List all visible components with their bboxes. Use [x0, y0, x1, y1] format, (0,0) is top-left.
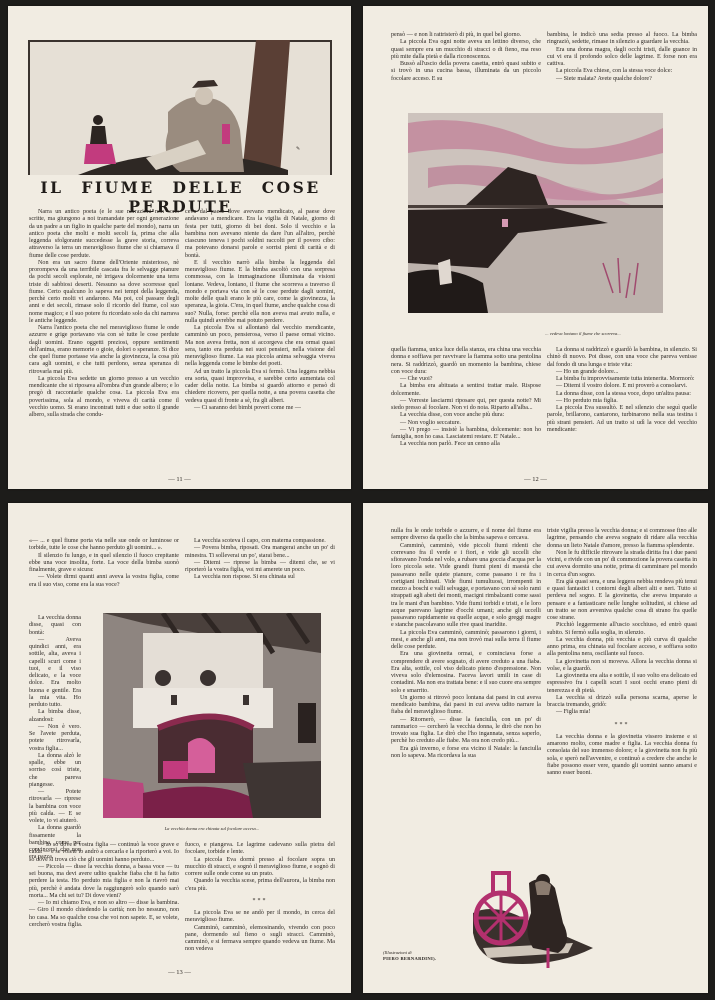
page-number: — 12 —: [363, 476, 708, 483]
paragraph: — Ho perduto mia figlia.: [547, 398, 697, 405]
page-13-column-right-top: La vecchia scoteva il capo, con materna …: [185, 538, 335, 582]
paragraph: Era già quasi sera, e una leggera nebbia…: [547, 579, 697, 623]
page-13: «— ... e quel fiume porta via nelle sue …: [8, 503, 351, 993]
paragraph: La donna alzò le spalle, ebbe un sorriso…: [29, 753, 81, 789]
page-14-column-left: nulla fra le onde torbide o azzurre, e i…: [391, 528, 541, 760]
illustration-spinning-wheel: [463, 863, 603, 973]
paragraph: Un giorno si ritrovò poco lontana dai pa…: [391, 695, 541, 717]
page-13-column-right-bottom: fuoco, e piangeva. Le lagrime cadevano s…: [185, 842, 335, 954]
paragraph: Ad un tratto la piccola Eva si fermò. Un…: [185, 369, 335, 405]
page-12-column-right-bottom: La donna si raddrizzò e guardò la bambin…: [547, 347, 697, 434]
paragraph: Il silenzio fu lungo, e in quel silenzio…: [29, 553, 179, 575]
paragraph: La vecchia donna, più vecchia e più curv…: [547, 637, 697, 659]
paragraph: pensò — e non li rattristerò di più, in …: [391, 32, 541, 39]
paragraph: — Siete malata? Avete qualche dolore?: [547, 76, 697, 83]
paragraph: triste vigilia presso la vecchia donna; …: [547, 528, 697, 550]
paragraph: — Volete dirmi quanti anni aveva la vost…: [29, 574, 179, 589]
page-12: pensò — e non li rattristerò di più, in …: [363, 6, 708, 489]
paragraph: — Io mi chiamo Eva, e non so altro — dis…: [29, 900, 179, 929]
paragraph: La vecchia scoteva il capo, con materna …: [185, 538, 335, 545]
paragraph: Camminò, camminò, elemosinando, vivendo …: [185, 925, 335, 954]
svg-text:✎: ✎: [296, 146, 300, 152]
paragraph: — Ho un grande dolore...: [547, 369, 697, 376]
page-11: ✎ IL FIUME DELLE COSE PERDUTE Narra un a…: [8, 6, 351, 489]
page-14-column-right: triste vigilia presso la vecchia donna; …: [547, 528, 697, 777]
paragraph: Bussò all'uscio della povera casetta, en…: [391, 61, 541, 83]
paragraph: — Vorreste lasciarmi riposare qui, per q…: [391, 398, 541, 413]
illustration-hut-by-river: [408, 113, 663, 313]
illustrator-name: PIERO BERNARDINI).: [383, 956, 436, 961]
paragraph: La bimba fu improvvisamente tutta intene…: [547, 376, 697, 383]
paragraph: — Potete ritrovarla — riprese la bambina…: [29, 789, 81, 825]
page-13-narrow-column: La vecchia donna disse, quasi con bontà:…: [29, 615, 81, 862]
paragraph: La vecchia donna e la giovinetta vissero…: [547, 734, 697, 778]
paragraph: La piccola Eva sedette un giorno presso …: [29, 376, 179, 420]
page-11-column-left: Narra un antico poeta (e le sue narrazio…: [29, 209, 179, 419]
paragraph: — Piccola — disse la vecchia donna, a ba…: [29, 864, 179, 900]
paragraph: Narra un antico poeta (e le sue narrazio…: [29, 209, 179, 260]
paragraph: — Che vuoi?: [391, 376, 541, 383]
page-13-column-left-bottom: — Io so dove è vostra figlia — continuò …: [29, 842, 179, 929]
paragraph: Non le fu difficile ritrovare la strada …: [547, 550, 697, 579]
paragraph: — Povera bimba, riposati. Ora mangerai a…: [185, 545, 335, 560]
paragraph: La giovinetta era alta e sottile, il suo…: [547, 673, 697, 695]
page-12-column-right-top: bambina, le indicò una sedia presso al f…: [547, 32, 697, 83]
illustration-beggar-and-girl: ✎: [28, 40, 332, 175]
illustration-caption: La vecchia donna era chinata sul focolar…: [103, 826, 321, 831]
page-13-column-left-top: «— ... e quel fiume porta via nelle sue …: [29, 538, 179, 589]
paragraph: La piccola Eva si allontanò dal vecchio …: [185, 325, 335, 369]
paragraph: La piccola Eva camminò, camminò; passaro…: [391, 630, 541, 652]
paragraph: Era già inverno, e forse era vicino il N…: [391, 746, 541, 761]
paragraph: E il vecchio narrò alla bimba la leggend…: [185, 260, 335, 325]
section-break: ***: [185, 898, 335, 905]
paragraph: La vecchia si drizzò sulla persona scarn…: [547, 695, 697, 710]
paragraph: La vecchia donna disse, quasi con bontà:: [29, 615, 81, 637]
paragraph: Camminò, camminò, vide piccoli fiumi rid…: [391, 543, 541, 630]
paragraph: La piccola Eva dormì presso al focolare …: [185, 857, 335, 879]
paragraph: — Ditemi il vostro dolore. E mi proverò …: [547, 383, 697, 390]
paragraph: ceva dal paese dove avevano mendicato, a…: [185, 209, 335, 260]
page-number: — 11 —: [8, 476, 351, 483]
paragraph: — Aveva quindici anni, era sottile, alta…: [29, 637, 81, 710]
paragraph: Picchiò leggermente all'uscio socchiuso,…: [547, 622, 697, 637]
section-break: ***: [547, 722, 697, 729]
paragraph: fuoco, e piangeva. Le lagrime cadevano s…: [185, 842, 335, 857]
paragraph: Narra l'antico poeta che nel meraviglios…: [29, 325, 179, 376]
paragraph: La vecchia non parlò. Fece un cenno alla: [391, 441, 541, 448]
paragraph: La giovinetta non si moveva. Allora la v…: [547, 659, 697, 674]
paragraph: La donna si raddrizzò e guardò la bambin…: [547, 347, 697, 369]
paragraph: Era una giovinetta ormai, e cominciava f…: [391, 651, 541, 695]
page-12-column-left-bottom: quella fiamma, unica luce della stanza, …: [391, 347, 541, 449]
paragraph: — Figlia mia!: [547, 709, 697, 716]
paragraph: La piccola Eva ogni notte aveva un letti…: [391, 39, 541, 61]
paragraph: Non era un sacro fiume dell'Oriente mist…: [29, 260, 179, 325]
paragraph: Quando la vecchia scese, prima dell'auro…: [185, 878, 335, 893]
paragraph: — Ritornerò, — disse la fanciulla, con u…: [391, 717, 541, 746]
paragraph: La piccola Eva sussultò. E nel silenzio …: [547, 405, 697, 434]
paragraph: Era una donna magra, dagli occhi tristi,…: [547, 47, 697, 69]
paragraph: — Ditemi — riprese la bimba — ditemi che…: [185, 560, 335, 575]
illustration-caption: ... vedeva lontano il fiume che scorreva…: [463, 331, 703, 336]
paragraph: — Vi prego — insistè la bambina, dolceme…: [391, 427, 541, 442]
paragraph: La vecchia non rispose. Si era chinata s…: [185, 574, 335, 581]
paragraph: — Non voglio seccature.: [391, 420, 541, 427]
paragraph: La bimba era abituata a sentirsi trattar…: [391, 383, 541, 398]
paragraph: — Ci saranno dei bimbi poveri come me —: [185, 405, 335, 412]
paragraph: nulla fra le onde torbide o azzurre, e i…: [391, 528, 541, 543]
paragraph: quella fiamma, unica luce della stanza, …: [391, 347, 541, 376]
page-14: nulla fra le onde torbide o azzurre, e i…: [363, 503, 708, 993]
page-number: — 13 —: [8, 969, 351, 976]
paragraph: — Io so dove è vostra figlia — continuò …: [29, 842, 179, 864]
paragraph: — Non è vero. Se l'avete perduta, potete…: [29, 724, 81, 753]
page-11-column-right: ceva dal paese dove avevano mendicato, a…: [185, 209, 335, 412]
paragraph: La vecchia disse, con voce anche più dur…: [391, 412, 541, 419]
paragraph: bambina, le indicò una sedia presso al f…: [547, 32, 697, 47]
illustration-credit: (Illustrazioni di PIERO BERNARDINI).: [383, 950, 463, 962]
illustration-kitchen-hearth: [103, 613, 321, 818]
paragraph: La piccola Eva chiese, con la stessa voc…: [547, 68, 697, 75]
page-12-column-left-top: pensò — e non li rattristerò di più, in …: [391, 32, 541, 83]
paragraph: La bimba disse, alzandosi:: [29, 709, 81, 724]
paragraph: «— ... e quel fiume porta via nelle sue …: [29, 538, 179, 553]
paragraph: La donna disse, con la stessa voce, dopo…: [547, 391, 697, 398]
paragraph: La piccola Eva se ne andò per il mondo, …: [185, 910, 335, 925]
